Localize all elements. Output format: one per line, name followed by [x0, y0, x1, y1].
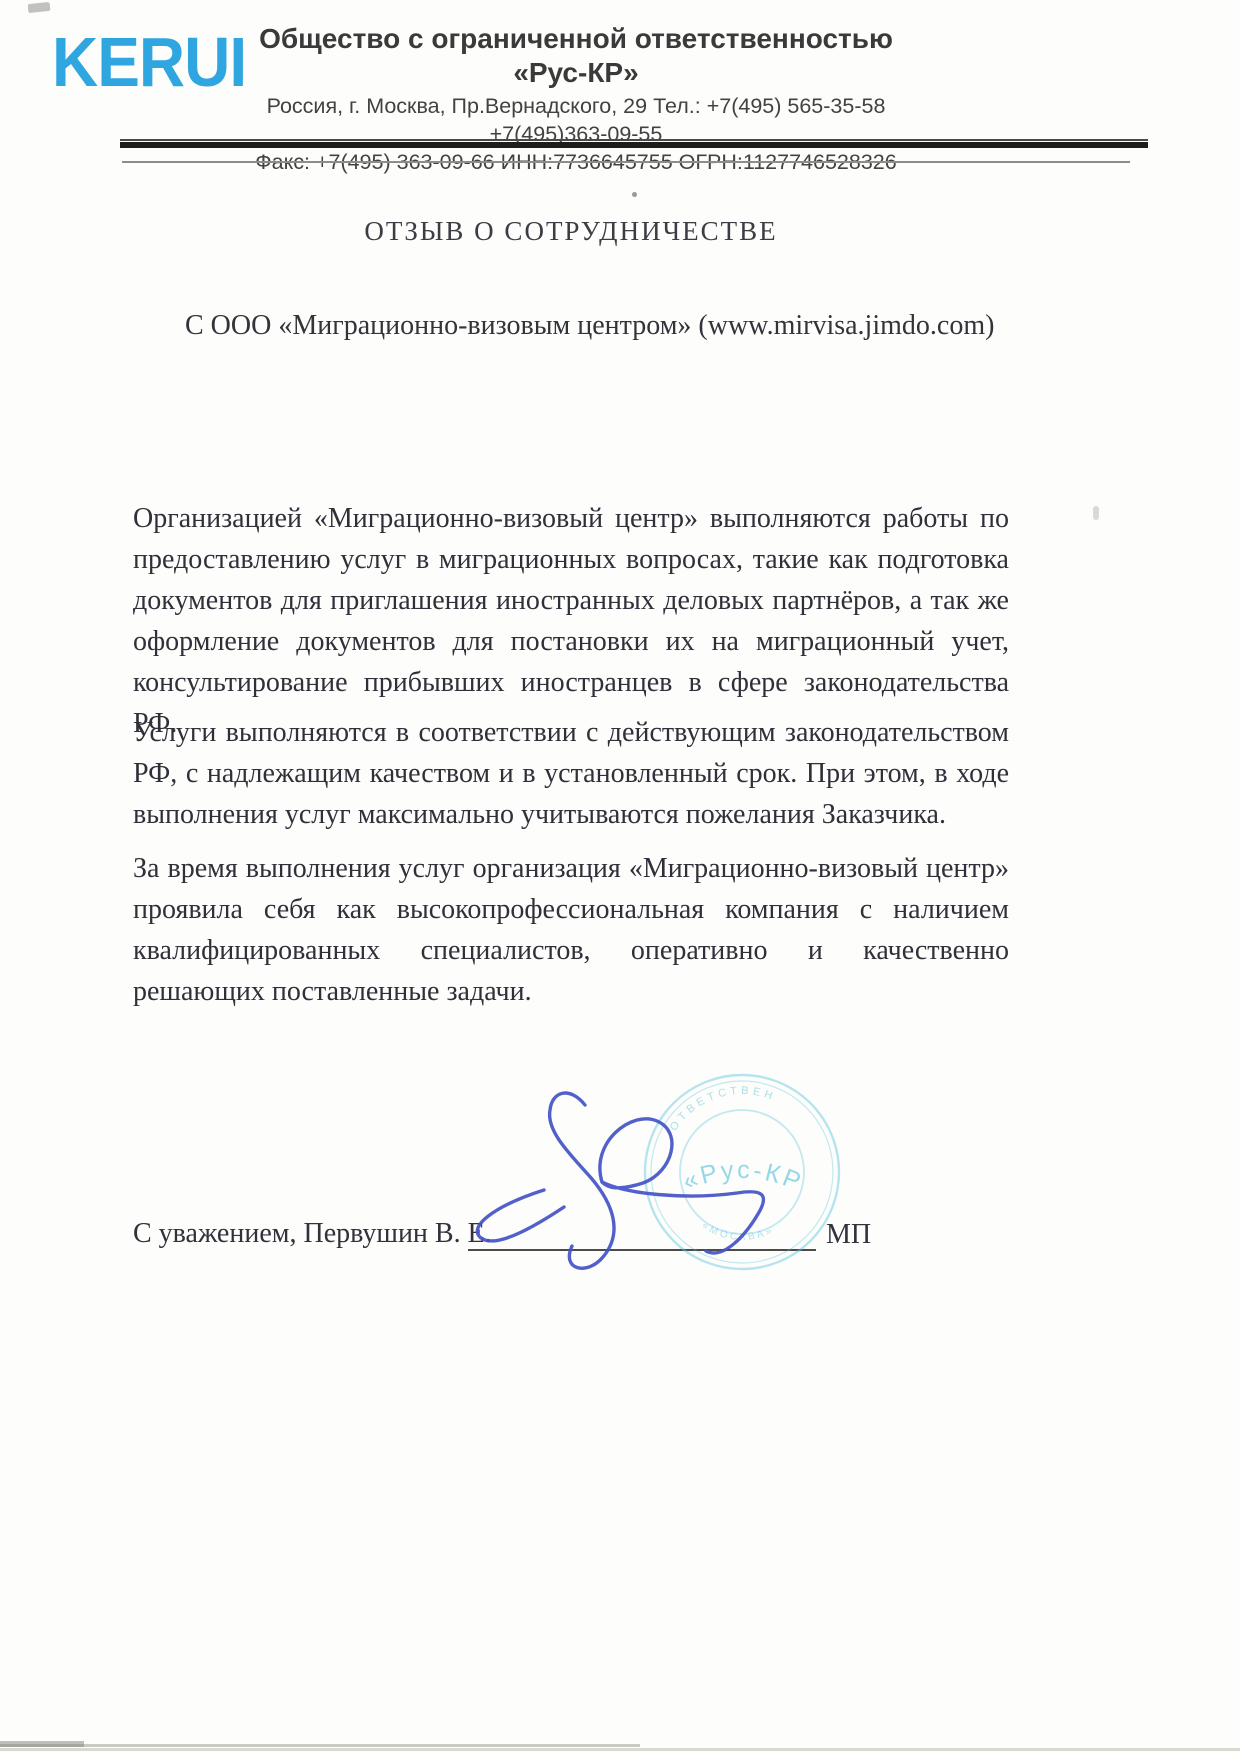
signature-stroke-loop [550, 1093, 614, 1268]
kerui-logo: KERUI [52, 12, 232, 111]
paragraph-quality: Услуги выполняются в соответствии с дейс… [133, 712, 1009, 835]
company-name: Общество с ограниченной ответственностью… [226, 22, 926, 90]
divider-thick-bar [120, 142, 1148, 148]
signature-stroke-e [600, 1119, 764, 1253]
paragraph-assessment: За время выполнения услуг организация «М… [133, 848, 1009, 1012]
scan-bottom-streak [0, 1744, 640, 1747]
document-title: ОТЗЫВ О СОТРУДНИЧЕСТВЕ [133, 216, 1009, 247]
divider-gray-line [122, 161, 1130, 163]
addressee-line: С ООО «Миграционно-визовым центром» (www… [185, 310, 1045, 342]
handwritten-signature [440, 1060, 780, 1290]
signature-stroke-flourish [477, 1190, 564, 1241]
scan-dot [632, 192, 637, 197]
paragraph-services-overview: Организацией «Миграционно-визовый центр»… [133, 498, 1009, 744]
scanned-letter-page: KERUI Общество с ограниченной ответствен… [0, 0, 1240, 1753]
scan-bottom-edge [0, 1748, 1240, 1751]
scan-bottom-dash [0, 1741, 84, 1747]
header-divider [120, 139, 1148, 148]
divider-thin-line [120, 139, 1148, 141]
scan-smudge [1093, 506, 1099, 520]
scan-speck [28, 2, 51, 13]
letterhead-info: Общество с ограниченной ответственностью… [226, 22, 926, 176]
closing-signature-text: С уважением, Первушин В. Е. [133, 1218, 492, 1250]
